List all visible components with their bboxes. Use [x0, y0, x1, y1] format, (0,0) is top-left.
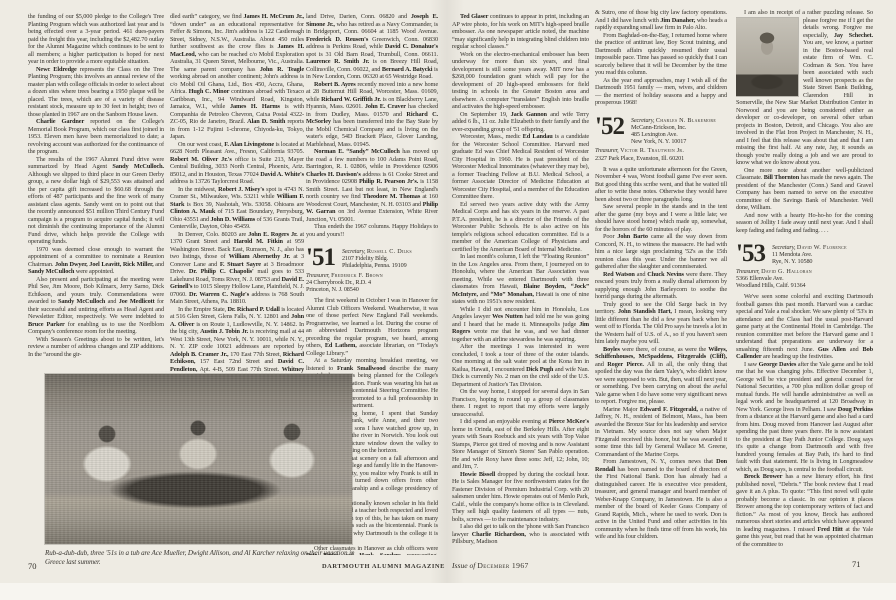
class-year-heading-51: '51 Secretary, Russell C. Dilks 2107 Fid… — [306, 247, 438, 270]
issue-label: Issue of — [452, 561, 475, 570]
paragraph: Poor John Barto came all the way down fr… — [595, 233, 727, 271]
paragraph: On our west coast, F. Alan Livingstone i… — [170, 141, 304, 186]
paragraph: Worcester, Mass., medic Ed Landau is a c… — [452, 133, 589, 201]
secretary-line: Secretary, Charles N. Blakemore — [631, 117, 716, 124]
magazine-title-footer: DARTMOUTH ALUMNI MAGAZINE — [283, 563, 445, 570]
left-page-column-1: the funding of our $5,000 pledge to the … — [28, 13, 164, 373]
class-treasurer-block: Treasurer, Frederick F. Brown 24 Cherryb… — [306, 272, 438, 294]
issue-footer: Issue of December 1967 — [452, 561, 529, 570]
paragraph: the funding of our $5,000 pledge to the … — [28, 13, 164, 66]
portrait-photo — [736, 18, 798, 96]
class-year-heading-52: '52 Secretary, Charles N. Blakemore McCa… — [595, 116, 727, 146]
right-page-column-3: I am also in receipt of a rather puzzlin… — [736, 9, 873, 558]
address-line: 2107 Fidelity Bldg. — [342, 255, 412, 262]
paragraph: The first weekend in October I was in Ha… — [306, 297, 438, 357]
paragraph: And now with a hearty Ho-ho-ho for the c… — [736, 212, 873, 235]
paragraph: Marine Major Edward F. Fitzgerald, a nat… — [595, 406, 727, 459]
paragraph: Norman E. “Sandy” McCulloch has moved up… — [306, 148, 438, 223]
address-line: 2327 Park Place, Evanston, Ill. 60201 — [595, 155, 727, 162]
paragraph: After the meetings I was interested in w… — [452, 343, 589, 388]
paragraph: I did spend an enjoyable evening at Pier… — [452, 418, 589, 471]
paragraph: Robert B. Ayres recently moved into a ne… — [306, 81, 438, 149]
address-line: 24 Cherrybrook Dr., R.D. 4 — [306, 279, 438, 286]
paragraph: On September 19, Jack Gannon and wife Te… — [452, 111, 589, 134]
address-line: Woodland Hills, Calif. 91364 — [736, 282, 873, 289]
paragraph: From Jamestown, N. Y., comes news that D… — [595, 458, 727, 541]
scan-edge — [0, 583, 896, 600]
paragraph: Boyles were there, of course, as were th… — [595, 346, 727, 406]
right-page-column-2: & Sutro, one of those big city law facto… — [595, 9, 727, 556]
paragraph: The results of the 1967 Alumni Fund driv… — [28, 156, 164, 246]
class-year-numeral: '52 — [595, 116, 624, 137]
class-year-numeral: '51 — [306, 247, 335, 268]
paragraph: It was a quite unfortunate afternoon for… — [595, 166, 727, 204]
right-page-number: 71 — [852, 559, 861, 569]
class-secretary-block: Secretary, Russell C. Dilks 2107 Fidelit… — [342, 247, 412, 270]
paragraph: Saw several people in the stands and in … — [595, 203, 727, 233]
magazine-spread: the funding of our $5,000 pledge to the … — [0, 0, 896, 600]
paragraph: While I did not encounter him in Honolul… — [452, 306, 589, 344]
address-line: New York, N. Y. 10017 — [631, 138, 716, 145]
paragraph: Ed served two years active duty with the… — [452, 201, 589, 254]
paragraph: One more note about another well-publici… — [736, 167, 873, 212]
address-line: Princeton, N. J. 08540 — [306, 286, 438, 293]
class-treasurer-block: Treasurer, David G. Halloran 5366 Ellenv… — [736, 268, 873, 290]
class-photo — [45, 374, 352, 544]
treasurer-line: Treasurer, Frederick F. Brown — [306, 272, 438, 279]
paragraph: Brock Brower has a new literary effort, … — [736, 473, 873, 548]
treasurer-line: Treasurer, Victor R. Trautwein Jr. — [595, 147, 727, 154]
paragraph: We've seen some colorful and exciting Da… — [736, 293, 873, 361]
paragraph: In the Empire State, Dr. Richard P. Udal… — [170, 306, 304, 374]
right-page-column-1: Ted Glaser continues to appear in print,… — [452, 13, 589, 554]
paragraph: Thus endeth the 1967 columns. Happy Holi… — [306, 223, 438, 238]
paragraph: dled earth” category, we find James H. M… — [170, 13, 304, 141]
address-line: McCann-Erickson, Inc. — [631, 124, 716, 131]
paragraph-with-photo: I am also in receipt of a rather puzzlin… — [736, 9, 873, 167]
class-treasurer-block: Treasurer, Victor R. Trautwein Jr. 2327 … — [595, 147, 727, 161]
issue-date: December 1967 — [477, 561, 528, 570]
paragraph: In the midwest, Robert J. Misey's spot i… — [170, 186, 304, 231]
paragraph: I also did get to talk on the 'phone wit… — [452, 523, 589, 546]
paragraph: Howie Bissell dropped by during the cock… — [452, 471, 589, 524]
paragraph: I saw George Davies after the Yale game … — [736, 361, 873, 474]
paragraph: Truly good to see the Old Sarge back in … — [595, 301, 727, 346]
left-page-number: 70 — [28, 561, 37, 571]
paragraph: & Sutro, one of those big city law facto… — [595, 9, 727, 32]
secretary-line: Secretary, Russell C. Dilks — [342, 248, 412, 255]
paragraph: As the year end approaches, may I wish a… — [595, 77, 727, 107]
paragraph: Ted Glaser continues to appear in print,… — [452, 13, 589, 51]
paragraph: 1970 was deemed close enough to warrant … — [28, 246, 164, 276]
paragraph: On the way home, I stopped for several d… — [452, 388, 589, 418]
class-year-numeral: '53 — [736, 243, 765, 264]
address-line: 11 Mendota Ave. — [772, 251, 847, 258]
paragraph: In Denver, Colo. 80203 are John E. Roger… — [170, 231, 304, 306]
paragraph: In last month's column, I left the “Floa… — [452, 253, 589, 306]
class-secretary-block: Secretary, Charles N. Blakemore McCann-E… — [631, 116, 716, 146]
paragraph: Work on the electro-mechanical embosser … — [452, 51, 589, 111]
paragraph: Newc Eldredge represents the Class on th… — [28, 66, 164, 119]
address-line: 485 Lexington Ave. — [631, 131, 716, 138]
address-line: Rye, N. Y. 10580 — [772, 258, 847, 265]
paragraph: Charlie Gardner reported on the College'… — [28, 118, 164, 156]
address-line: Philadelphia, Penna. 19109 — [342, 262, 412, 269]
paragraph: land Drive, Darien, Conn. 06820 and Jose… — [306, 13, 438, 81]
paragraph: With Season's Greetings about to be writ… — [28, 336, 164, 359]
class-secretary-block: Secretary, David W. Florence 11 Mendota … — [772, 243, 847, 266]
address-line: 5366 Ellenvale Ave. — [736, 275, 873, 282]
class-year-heading-53: '53 Secretary, David W. Florence 11 Mend… — [736, 243, 873, 266]
secretary-line: Secretary, David W. Florence — [772, 244, 847, 251]
paragraph: Also present and participating at the me… — [28, 276, 164, 336]
treasurer-line: Treasurer, David G. Halloran — [736, 268, 873, 275]
left-page-column-2: dled earth” category, we find James H. M… — [170, 13, 304, 373]
paragraph: From Baghdad-on-the-Bay, I returned home… — [595, 32, 727, 77]
paragraph: Red Watson and Chuck Nevins were there. … — [595, 271, 727, 301]
